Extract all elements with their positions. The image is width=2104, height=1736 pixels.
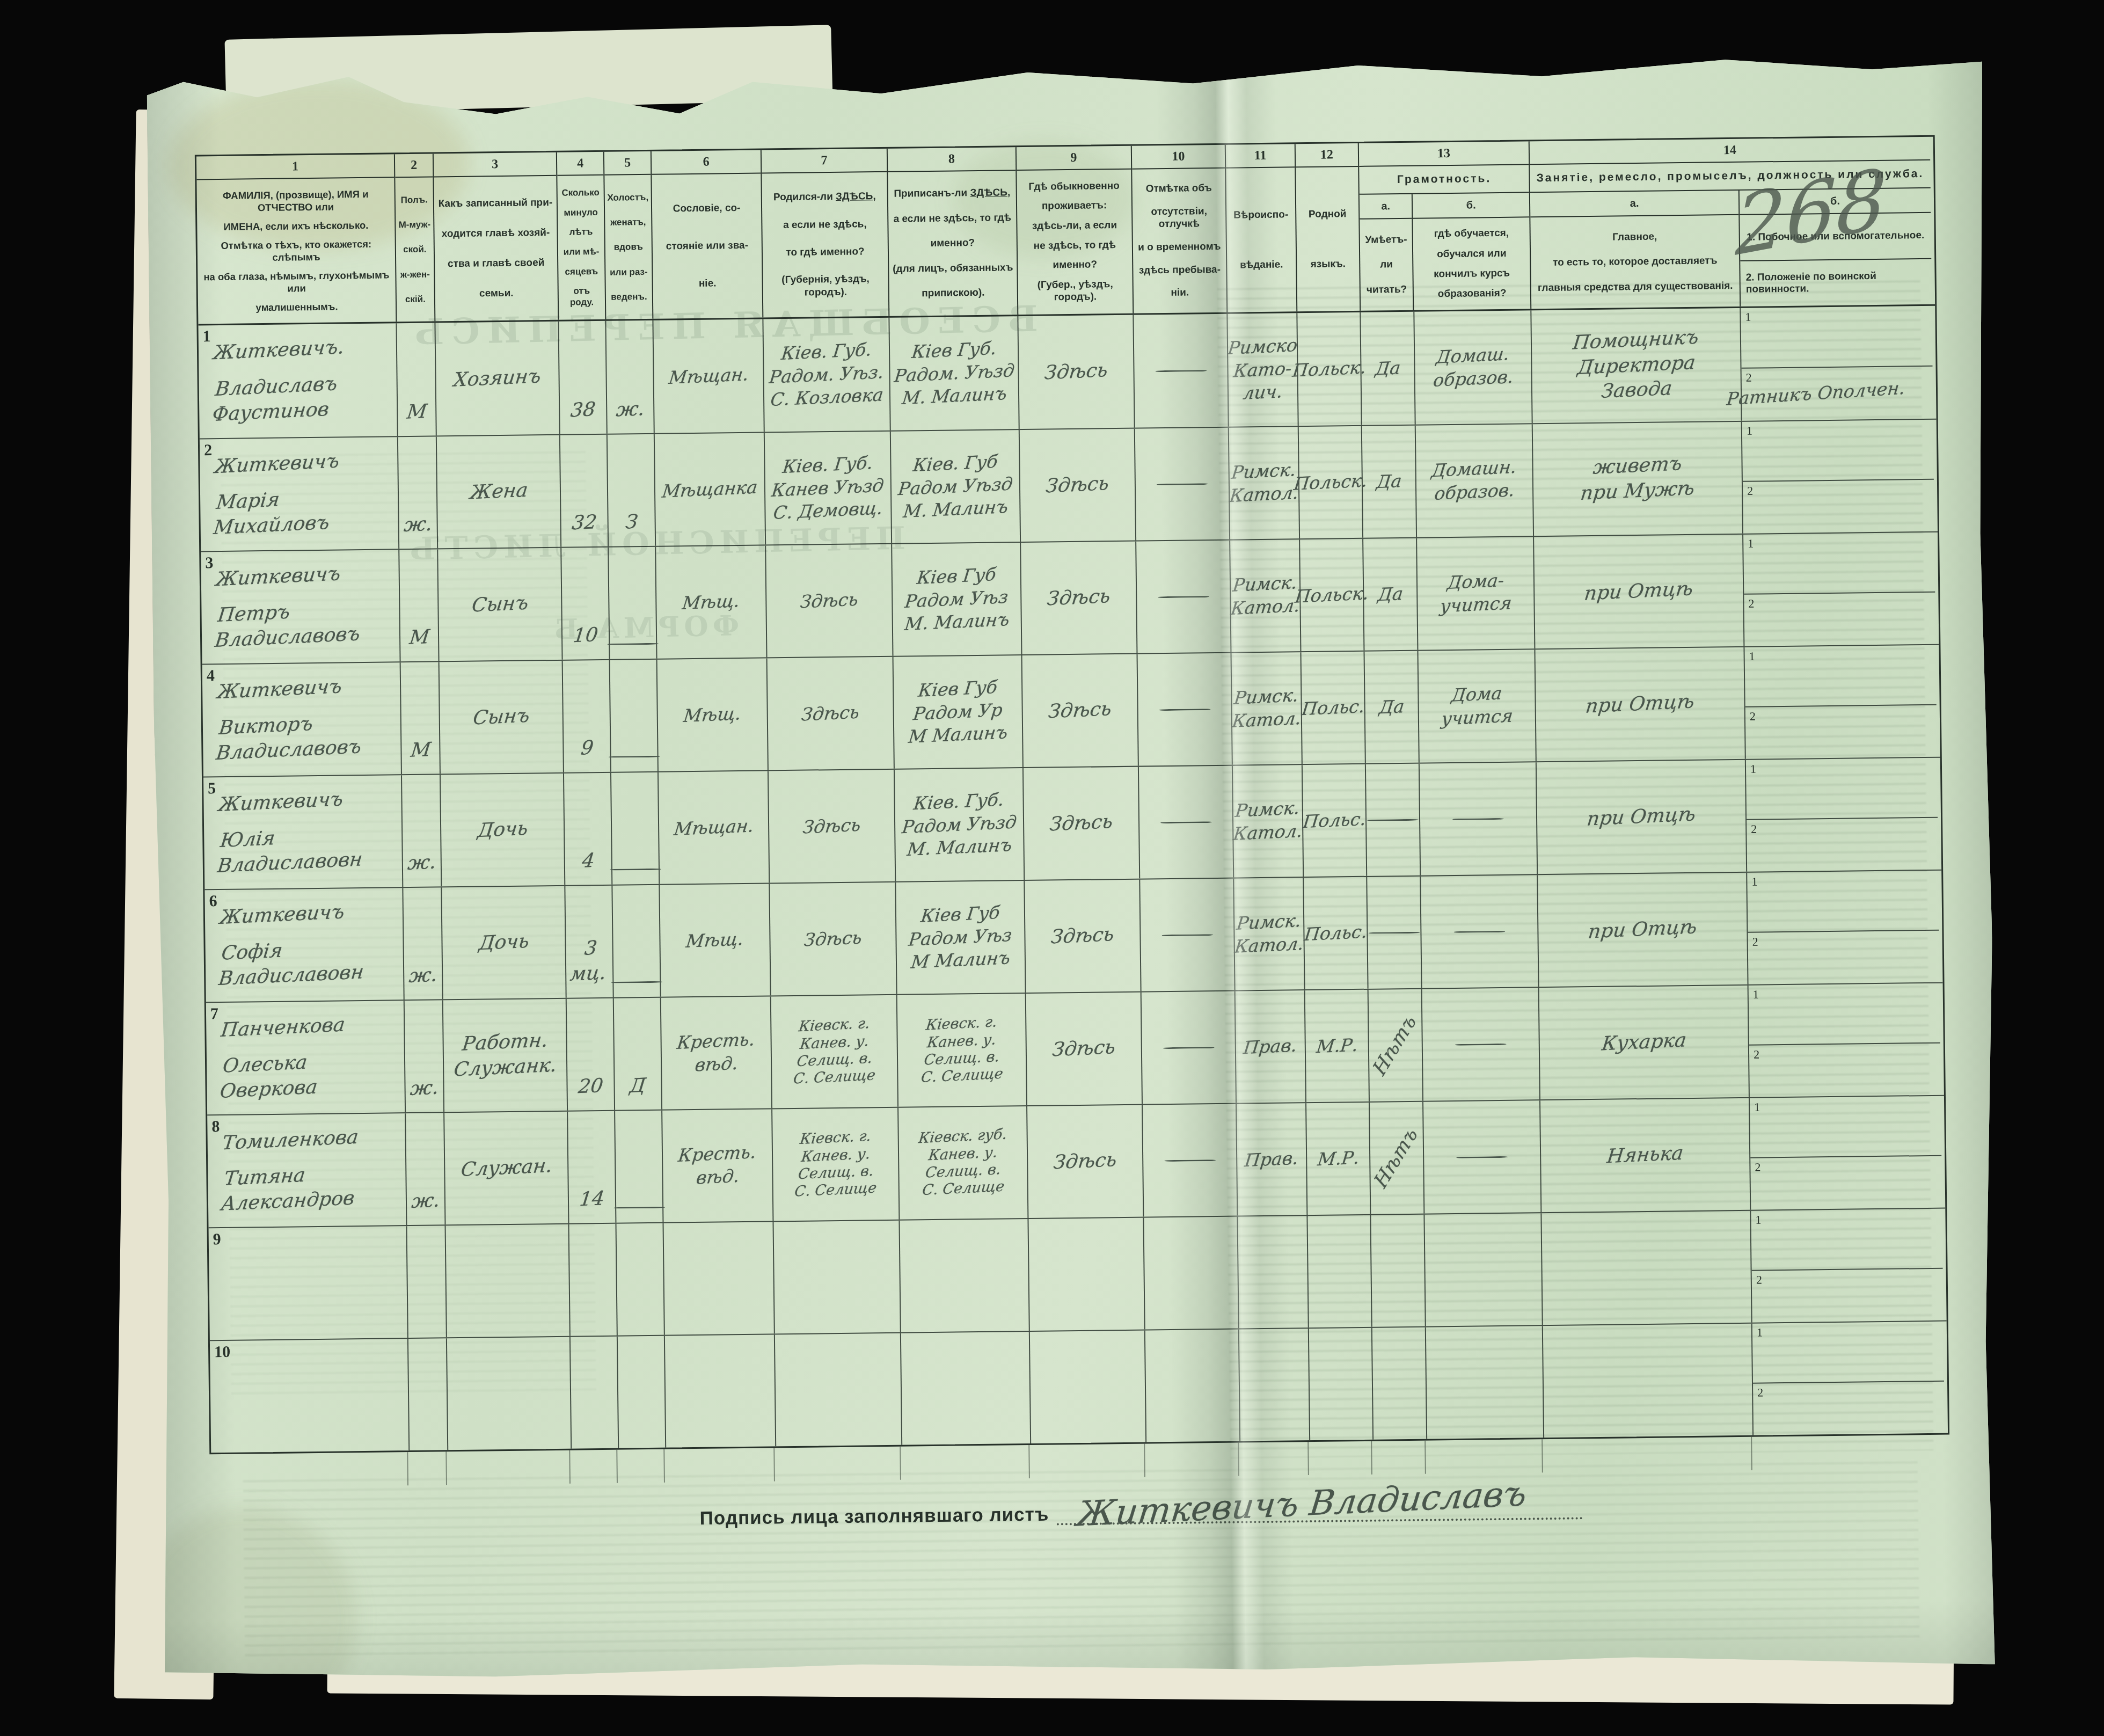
- header-text-line: минуло: [564, 207, 598, 218]
- subcol-13b-text: гдѣ обучается,обучался иликончилъ курсъо…: [1413, 217, 1531, 310]
- cell-name: 5ЖиткевичъЮлія Владиславовн: [203, 775, 403, 889]
- cell-can-read: [1366, 764, 1421, 876]
- header-text-line: ства и главѣ своей: [448, 257, 545, 271]
- column-rule-stub: [1543, 1437, 1752, 1472]
- cell-religion: [1238, 1216, 1309, 1328]
- column-rule-stub: [1426, 1439, 1543, 1474]
- column-number: 2: [395, 154, 433, 178]
- census-table: 1ФАМИЛІЯ, (прозвище), ИМЯ и ОТЧЕСТВО или…: [195, 135, 1949, 1455]
- cell-birthplace: Здѣсь: [769, 770, 896, 883]
- cell-main-occupation: Кухарка: [1539, 986, 1750, 1099]
- header-text-line: языкъ.: [1310, 258, 1346, 271]
- handwritten-line: 3 мц.: [568, 936, 610, 988]
- header-col-text: Отмѣтка объотсутствіи, отлучкѣи о времен…: [1132, 169, 1226, 313]
- header-text-line: скій.: [405, 293, 426, 305]
- cell-absence-note: [1139, 766, 1234, 879]
- header-col-text: ФАМИЛІЯ, (прозвище), ИМЯ и ОТЧЕСТВО илиИ…: [196, 178, 396, 324]
- header-col-text: Холостъ,женатъ,вдовъили раз-веденъ.: [604, 175, 652, 319]
- handwritten-line: Здѣсь: [1044, 471, 1111, 499]
- header-text-line: лѣтъ: [569, 227, 593, 238]
- cell-native-language: Польс.: [1304, 877, 1368, 989]
- handwritten-line: 20: [577, 1074, 604, 1100]
- row-number: 3: [205, 554, 213, 572]
- cell-secondary-occupation: 12: [1750, 1096, 1942, 1210]
- cell-native-language: Польс.: [1301, 652, 1365, 764]
- cell-religion: Римск.Катол.: [1231, 652, 1302, 764]
- handwritten-line: Римск.: [1234, 797, 1301, 822]
- header-col-9: 9Гдѣ обыкновеннопроживаетъ:здѣсь-ли, а е…: [1017, 146, 1134, 315]
- handwritten-line: Здѣсь: [1043, 358, 1109, 386]
- handwritten-line: С. Козловка: [769, 384, 885, 412]
- cell-sex: М: [397, 323, 436, 436]
- cell-residence: Здѣсь: [1018, 315, 1135, 429]
- cell-marital-status: [615, 1111, 663, 1223]
- table-row: 1Житкевичъ.Владиславъ ФаустиновМХозяинъ3…: [198, 306, 1936, 439]
- handwritten-line: Житкевичъ: [218, 900, 346, 931]
- cell-absence-note: [1135, 428, 1230, 541]
- printed-number-1: 1: [1757, 1325, 1763, 1339]
- printed-number-1: 1: [1753, 988, 1759, 1002]
- printed-number-1: 1: [1750, 762, 1756, 776]
- handwritten-line: образов.: [1433, 479, 1516, 506]
- cell-marital-status: [610, 660, 659, 772]
- handwritten-line: З: [624, 510, 639, 536]
- cell-main-occupation: [1543, 1324, 1754, 1438]
- handwritten-line: Польск.: [1291, 356, 1368, 382]
- header-text-line: Приписанъ-ли ЗДѢСЬ,: [894, 186, 1010, 200]
- cell-main-occupation: Нянька: [1540, 1098, 1751, 1212]
- handwritten-line: М: [408, 625, 430, 651]
- printed-number-1: 1: [1755, 1213, 1761, 1227]
- table-row: 5ЖиткевичъЮлія Владиславовнж.Дочь4Мѣщан.…: [203, 757, 1941, 889]
- cell-marital-status: [618, 1336, 666, 1448]
- column-rule-stub: [617, 1449, 665, 1483]
- cell-social-estate: Мѣщан.: [653, 319, 764, 433]
- military-status-box: 2Ратникъ Ополчен.: [1742, 366, 1933, 421]
- handwritten-line: при Отцѣ: [1586, 802, 1697, 832]
- cell-absence-note: [1140, 879, 1235, 991]
- secondary-occupation-box: 1: [1749, 983, 1940, 1045]
- cell-name: 7ПанченковаОлеська Оверкова: [206, 1001, 406, 1114]
- printed-number-2: 2: [1751, 822, 1757, 836]
- header-text-line: ніи.: [1171, 287, 1189, 300]
- secondary-occupation-box: 1: [1744, 645, 1936, 706]
- header-col-4: 4Сколькоминулолѣтъили мѣ-сяцевъотъ роду.: [557, 152, 607, 320]
- handwritten-line: Титяна Александров: [220, 1158, 406, 1217]
- cell-registration-place: Кіевск. г.Канев. у.Селищ. в.С. Селище: [897, 994, 1027, 1107]
- handwritten-line: Олеська Оверкова: [218, 1046, 404, 1104]
- handwritten-line: Житкевичъ: [215, 561, 342, 593]
- header-col-text: Роднойязыкъ.: [1296, 167, 1360, 311]
- header-text-line: вдовъ: [614, 241, 643, 253]
- cell-main-occupation: [1542, 1211, 1752, 1325]
- cell-birthplace: Кіевск. г.Канев. у.Селищ. в.С. Селище: [771, 995, 898, 1108]
- header-text-line: Вѣроиспо-: [1233, 208, 1288, 222]
- row-number: 2: [204, 441, 212, 459]
- handwritten-line: Римск.: [1236, 909, 1303, 935]
- handwritten-dash: [1161, 934, 1213, 936]
- cell-religion: Римск.Катол.: [1230, 539, 1301, 652]
- handwritten-line: Катол.: [1232, 820, 1304, 846]
- header-col-text: Полъ.М-муж-ской.ж-жен-скій.: [395, 177, 434, 322]
- cell-marital-status: [611, 772, 660, 885]
- handwritten-line: Нѣтъ: [1370, 1122, 1424, 1193]
- cell-registration-place: [901, 1332, 1031, 1445]
- cell-education-place: Дома-учится: [1417, 537, 1535, 650]
- column-number: 10: [1132, 145, 1225, 170]
- cell-native-language: Польск.: [1297, 312, 1362, 426]
- header-text-line: Сословіе, со-: [673, 202, 741, 215]
- cell-social-estate: Кресть.вѣд.: [661, 996, 772, 1109]
- subcol-13a: а.Умѣетъ-личитать?: [1360, 194, 1414, 311]
- handwritten-dash: [1163, 1047, 1214, 1049]
- printed-number-1: 1: [1754, 1100, 1760, 1114]
- cell-religion: Римск.Катол.: [1229, 427, 1300, 539]
- header-text-line: Сколько: [561, 187, 600, 199]
- cell-education-place: [1423, 1100, 1542, 1213]
- handwritten-line: Мѣщ.: [682, 702, 742, 728]
- table-row: 7ПанченковаОлеська Оверковаж.Работн.Служ…: [206, 982, 1944, 1115]
- secondary-occupation-box: 1: [1750, 1096, 1941, 1157]
- handwritten-line: Здѣсь: [801, 813, 861, 839]
- handwritten-dash: [1453, 930, 1505, 932]
- handwritten-line: Сынъ: [470, 590, 529, 618]
- handwritten-line: Кіев Губ: [917, 676, 998, 703]
- header-text-line: ФАМИЛІЯ, (прозвище), ИМЯ и ОТЧЕСТВО или: [199, 187, 393, 214]
- cell-sex: ж.: [406, 1113, 445, 1225]
- cell-education-place: Домаучится: [1418, 650, 1536, 762]
- header-text-line: (Губер., уѣздъ, городъ).: [1020, 278, 1131, 304]
- subcol-label: а.: [1360, 194, 1412, 220]
- handwritten-line: Юлія Владиславовн: [216, 820, 402, 879]
- military-status-box: 2: [1750, 1155, 1942, 1210]
- secondary-occupation-box: 1: [1746, 758, 1938, 819]
- row-number: 10: [214, 1343, 230, 1361]
- handwritten-line: Кіев Губ: [916, 563, 997, 590]
- column-rule-stub: [1145, 1443, 1239, 1477]
- handwritten-line: Польс.: [1303, 920, 1368, 946]
- cell-registration-place: Кіев ГубРадом УрМ Малинъ: [894, 655, 1024, 769]
- table-body: 1Житкевичъ.Владиславъ ФаустиновМХозяинъ3…: [198, 306, 1948, 1453]
- cell-can-read: [1372, 1327, 1427, 1440]
- handwritten-line: образов.: [1432, 366, 1515, 392]
- table-row: 912: [209, 1208, 1947, 1340]
- cell-registration-place: Кіев ГубРадом УѣзМ Малинъ: [896, 881, 1026, 994]
- header-text-line: здѣсь-ли, а если: [1032, 219, 1117, 233]
- printed-number-2: 2: [1754, 1048, 1759, 1062]
- handwritten-line: Катол.: [1233, 932, 1305, 959]
- cell-age: 32: [560, 435, 609, 547]
- cell-registration-place: Кіев Губ.Радом. УѣздМ. Малинъ: [889, 316, 1019, 431]
- column-number: 12: [1296, 143, 1358, 167]
- handwritten-line: Катол.: [1229, 482, 1300, 508]
- handwritten-line: Да: [1378, 695, 1406, 719]
- column-number: 4: [557, 152, 603, 176]
- handwritten-line: Кіев. Губ.: [781, 451, 874, 479]
- header-text-line: веденъ.: [611, 291, 647, 303]
- column-rule-stub: [1029, 1444, 1145, 1478]
- cell-native-language: [1307, 1215, 1372, 1327]
- header-text-line: Родился-ли ЗДѢСЬ,: [773, 191, 876, 205]
- handwritten-line: С. Демовщ.: [772, 497, 884, 525]
- printed-number-1: 1: [1751, 875, 1757, 889]
- header-text-line: вѣданіе.: [1240, 258, 1283, 272]
- handwritten-line: Софія Владиславовн: [217, 933, 403, 991]
- header-text-line: а если не здѣсь, то гдѣ: [894, 211, 1012, 225]
- handwritten-line: Кіев. Губ.: [780, 338, 873, 366]
- cell-main-occupation: при Отцѣ: [1537, 760, 1747, 874]
- cell-birthplace: Здѣсь: [766, 544, 893, 658]
- cell-education-place: Домашн.образов.: [1416, 424, 1534, 537]
- cell-native-language: Польск.: [1300, 539, 1364, 651]
- cell-secondary-occupation: 12: [1749, 983, 1941, 1097]
- military-status-box: 2: [1748, 930, 1939, 984]
- cell-social-estate: [665, 1334, 776, 1447]
- header-col-12: 12Роднойязыкъ.: [1296, 143, 1361, 311]
- cell-sex: ж.: [403, 887, 443, 1000]
- handwritten-line: Катол.: [1231, 707, 1302, 733]
- handwritten-line: Панченкова: [220, 1012, 346, 1043]
- column-number: 8: [888, 147, 1016, 172]
- handwritten-line: Да: [1374, 356, 1402, 381]
- cell-absence-note: [1138, 653, 1233, 766]
- handwritten-line: вѣд.: [695, 1165, 741, 1190]
- handwritten-dash: [1164, 1159, 1216, 1162]
- header-col-11: 11Вѣроиспо-вѣданіе.: [1226, 144, 1298, 312]
- cell-education-place: [1426, 1326, 1544, 1439]
- subcol-14a-text: Главное,то есть то, которое доставляетъг…: [1530, 215, 1740, 309]
- cell-name: 3ЖиткевичъПетръ Владиславовъ: [201, 550, 400, 663]
- cell-relation: Дочь: [442, 886, 566, 1000]
- handwritten-dash: [1158, 596, 1209, 598]
- handwritten-dash: [1455, 1043, 1507, 1045]
- printed-number-1: 1: [1747, 424, 1752, 438]
- header-col-5: 5Холостъ,женатъ,вдовъили раз-веденъ.: [604, 151, 654, 319]
- header-text-line: ніе.: [699, 278, 717, 290]
- handwritten-dash: [1156, 483, 1208, 485]
- cell-relation: Работн.Служанк.: [443, 999, 568, 1112]
- cell-absence-note: [1136, 541, 1231, 653]
- cell-registration-place: Кіевск. губ.Канев. у.Селищ. в.С. Селище: [898, 1106, 1028, 1220]
- row-number: 6: [209, 892, 217, 910]
- table-row: 4ЖиткевичъВикторъ ВладиславовъМСынъ9Мѣщ.…: [202, 644, 1940, 777]
- handwritten-line: Като-: [1232, 357, 1293, 383]
- header-text-line: и о временномъ: [1138, 240, 1221, 254]
- column-rule-stub: [1372, 1441, 1426, 1475]
- header-text-line: или раз-: [610, 266, 648, 278]
- handwritten-line: М. Малинъ: [906, 834, 1013, 862]
- handwritten-line: Польск.: [1292, 469, 1369, 495]
- handwritten-line: Польс.: [1302, 807, 1367, 833]
- handwritten-line: Польск.: [1294, 582, 1370, 608]
- literacy-subcolumns: а.Умѣетъ-личитать?б.гдѣ обучается,обучал…: [1360, 193, 1530, 311]
- cell-social-estate: Мѣщ.: [660, 884, 771, 996]
- handwritten-line: при Отцѣ: [1584, 689, 1696, 719]
- cell-residence: Здѣсь: [1027, 1105, 1144, 1218]
- handwritten-line: Дома-: [1446, 569, 1505, 595]
- cell-birthplace: Кіев. Губ.Канев УѣздС. Демовщ.: [765, 432, 892, 545]
- printed-number-2: 2: [1748, 597, 1754, 611]
- header-text-line: то есть то, которое доставляетъ: [1553, 254, 1718, 269]
- cell-secondary-occupation: 12: [1746, 758, 1938, 872]
- handwritten-line: М Малинъ: [910, 947, 1011, 974]
- header-text-line: кончилъ курсъ: [1434, 267, 1510, 280]
- cell-religion: [1239, 1329, 1310, 1441]
- cell-name: 8ТомиленковаТитяна Александров: [207, 1113, 407, 1227]
- cell-religion: Прав.: [1237, 1103, 1307, 1215]
- cell-sex: М: [401, 662, 441, 774]
- printed-number-1: 1: [1749, 650, 1755, 663]
- cell-education-place: [1424, 1213, 1543, 1326]
- literacy-group-title: Грамотность.: [1359, 165, 1529, 195]
- cell-secondary-occupation: 12: [1743, 533, 1935, 646]
- signature-row: Подпись лица заполнявшаго листъ Житкевич…: [699, 1482, 1999, 1529]
- header-text-line: именно?: [1053, 258, 1097, 272]
- handwritten-line: учится: [1440, 704, 1514, 731]
- cell-secondary-occupation: 12: [1742, 420, 1934, 534]
- header-text-line: ходится главѣ хозяй-: [442, 227, 550, 240]
- header-text-line: ской.: [403, 244, 427, 256]
- header-text-line: Какъ записанный при-: [439, 196, 553, 210]
- row-number: 5: [208, 779, 216, 798]
- handwritten-dash: [1368, 931, 1420, 933]
- handwritten-line: Мѣщан.: [667, 363, 749, 390]
- cell-can-read: [1367, 877, 1422, 989]
- subcol-14a: а.Главное,то есть то, которое доставляет…: [1530, 191, 1741, 309]
- column-number: 3: [434, 152, 556, 178]
- cell-native-language: [1309, 1328, 1374, 1440]
- table-row: 8ТомиленковаТитяна Александровж.Служан.1…: [207, 1095, 1945, 1228]
- handwritten-line: Здѣсь: [803, 926, 863, 952]
- column-number: 1: [196, 154, 394, 180]
- cell-relation: [446, 1224, 571, 1338]
- signature-label: Подпись лица заполнявшаго листъ: [700, 1504, 1049, 1529]
- handwritten-line: Здѣсь: [1048, 809, 1114, 837]
- cell-education-place: [1422, 988, 1540, 1100]
- cell-sex: [408, 1338, 448, 1450]
- header-text-line: ж-жен-: [400, 268, 430, 280]
- handwritten-line: Римск.: [1232, 571, 1299, 597]
- handwritten-line: при Отцѣ: [1587, 915, 1699, 945]
- printed-number-2: 2: [1755, 1161, 1760, 1175]
- handwritten-dash: [613, 1207, 665, 1209]
- cell-residence: [1028, 1218, 1145, 1331]
- cell-religion: Прав.: [1236, 990, 1306, 1103]
- header-col-text: Какъ записанный при-ходится главѣ хозяй-…: [434, 176, 558, 322]
- military-status-box: 2: [1747, 817, 1938, 872]
- header-text-line: Умѣетъ-: [1365, 234, 1407, 247]
- handwritten-dash: [1155, 370, 1207, 372]
- handwritten-line: Дочь: [476, 816, 529, 843]
- handwritten-line: М.Р.: [1316, 1146, 1360, 1171]
- military-status-box: 2: [1752, 1268, 1944, 1323]
- handwritten-line: Здѣсь: [1052, 1148, 1118, 1176]
- cell-name: 1Житкевичъ.Владиславъ Фаустинов: [198, 323, 398, 438]
- subcol-13a-text: Умѣетъ-личитать?: [1360, 219, 1413, 311]
- cell-name: 6ЖиткевичъСофія Владиславовн: [204, 888, 404, 1002]
- cell-secondary-occupation: 12: [1752, 1322, 1945, 1435]
- column-number: 5: [604, 151, 651, 176]
- cell-age: 4: [564, 773, 612, 885]
- cell-residence: Здѣсь: [1026, 993, 1143, 1105]
- cell-age: 20: [567, 998, 615, 1111]
- cell-can-read: Да: [1364, 651, 1419, 763]
- cell-sex: [407, 1226, 447, 1338]
- cell-birthplace: Кіев. Губ.Радом. Уѣз.С. Козловка: [763, 318, 890, 432]
- handwritten-line: Марія Михайловъ: [212, 482, 398, 541]
- handwritten-line: 32: [571, 510, 598, 536]
- cell-native-language: М.Р.: [1306, 1103, 1371, 1215]
- cell-age: [569, 1224, 617, 1336]
- handwritten-dash: [1452, 818, 1504, 820]
- handwritten-line: ж.: [410, 1188, 441, 1215]
- header-text-line: то гдѣ именно?: [786, 245, 865, 259]
- header-col-7: 7Родился-ли ЗДѢСЬ,а если не здѣсь,то гдѣ…: [762, 149, 890, 318]
- handwritten-line: 10: [572, 623, 599, 649]
- handwritten-line: Здѣсь: [799, 588, 859, 614]
- military-status-box: 2: [1753, 1381, 1945, 1435]
- cell-relation: Дочь: [441, 774, 565, 887]
- handwritten-line: Служан.: [459, 1154, 553, 1183]
- header-text-line: Отмѣтка о тѣхъ, кто окажется: слѣпымъ: [200, 237, 393, 264]
- handwritten-line: Мѣщ.: [685, 928, 745, 953]
- header-col-text: Сколькоминулолѣтъили мѣ-сяцевъотъ роду.: [557, 176, 605, 320]
- handwritten-line: Дома: [1450, 682, 1503, 707]
- cell-absence-note: [1143, 1104, 1238, 1217]
- cell-secondary-occupation: 12: [1744, 645, 1937, 759]
- header-text-line: здѣсь пребыва-: [1139, 263, 1221, 276]
- handwritten-line: М. Малинъ: [901, 382, 1008, 410]
- cell-birthplace: Кіевск. г.Канев. у.Селищ. в.С. Селище: [772, 1108, 900, 1221]
- cell-social-estate: Кресть.вѣд.: [662, 1109, 773, 1222]
- cell-birthplace: Здѣсь: [768, 657, 895, 770]
- row-number: 8: [211, 1118, 220, 1136]
- header-text-line: не здѣсь, то гдѣ: [1033, 239, 1116, 252]
- handwritten-line: Здѣсь: [1050, 922, 1116, 950]
- cell-religion: Римск.Катол.: [1233, 765, 1304, 877]
- handwritten-signature: Житкевичъ Владиславъ: [1075, 1472, 1529, 1537]
- cell-name: 9: [209, 1226, 408, 1340]
- handwritten-line: Кресть.: [676, 1028, 756, 1055]
- handwritten-line: Прав.: [1243, 1034, 1299, 1060]
- handwritten-line: Да: [1377, 582, 1405, 607]
- handwritten-line: М: [409, 738, 432, 764]
- handwritten-line: ж.: [406, 850, 437, 877]
- handwritten-line: Мѣщанка: [661, 476, 758, 503]
- header-text-line: читать?: [1367, 283, 1407, 296]
- header-col-6: 6Сословіе, со-стояніе или зва-ніе.: [652, 150, 764, 319]
- cell-native-language: М.Р.: [1305, 990, 1370, 1102]
- cell-native-language: Польс.: [1303, 764, 1367, 877]
- header-text-line: именно?: [930, 237, 975, 250]
- census-sheet: ВСЕОБЩАЯ ПЕРЕПИСЬ ПЕРЕПИСНОЙ ЛИСТЪ ФОРМА…: [147, 49, 2000, 1686]
- cell-age: 3 мц.: [565, 886, 613, 998]
- handwritten-line: Хозяинъ: [452, 364, 543, 393]
- header-text-line: Полъ.: [401, 194, 428, 206]
- header-text-line: семьи.: [479, 287, 514, 300]
- cell-relation: Жена: [437, 435, 561, 549]
- military-status-box: 2: [1743, 479, 1934, 534]
- header-col-13-literacy: 13Грамотность.а.Умѣетъ-личитать?б.гдѣ об…: [1359, 141, 1532, 311]
- handwritten-line: Кіев. Губ: [911, 450, 998, 477]
- handwritten-line: Сынъ: [472, 703, 531, 731]
- header-text-line: образованія?: [1438, 287, 1507, 301]
- cell-marital-status: Д: [614, 998, 662, 1110]
- row-number: 1: [202, 327, 210, 346]
- handwritten-line: Житкевичъ: [217, 787, 344, 818]
- military-status-box: 2: [1749, 1042, 1941, 1097]
- handwritten-line: Житкевичъ: [213, 449, 340, 480]
